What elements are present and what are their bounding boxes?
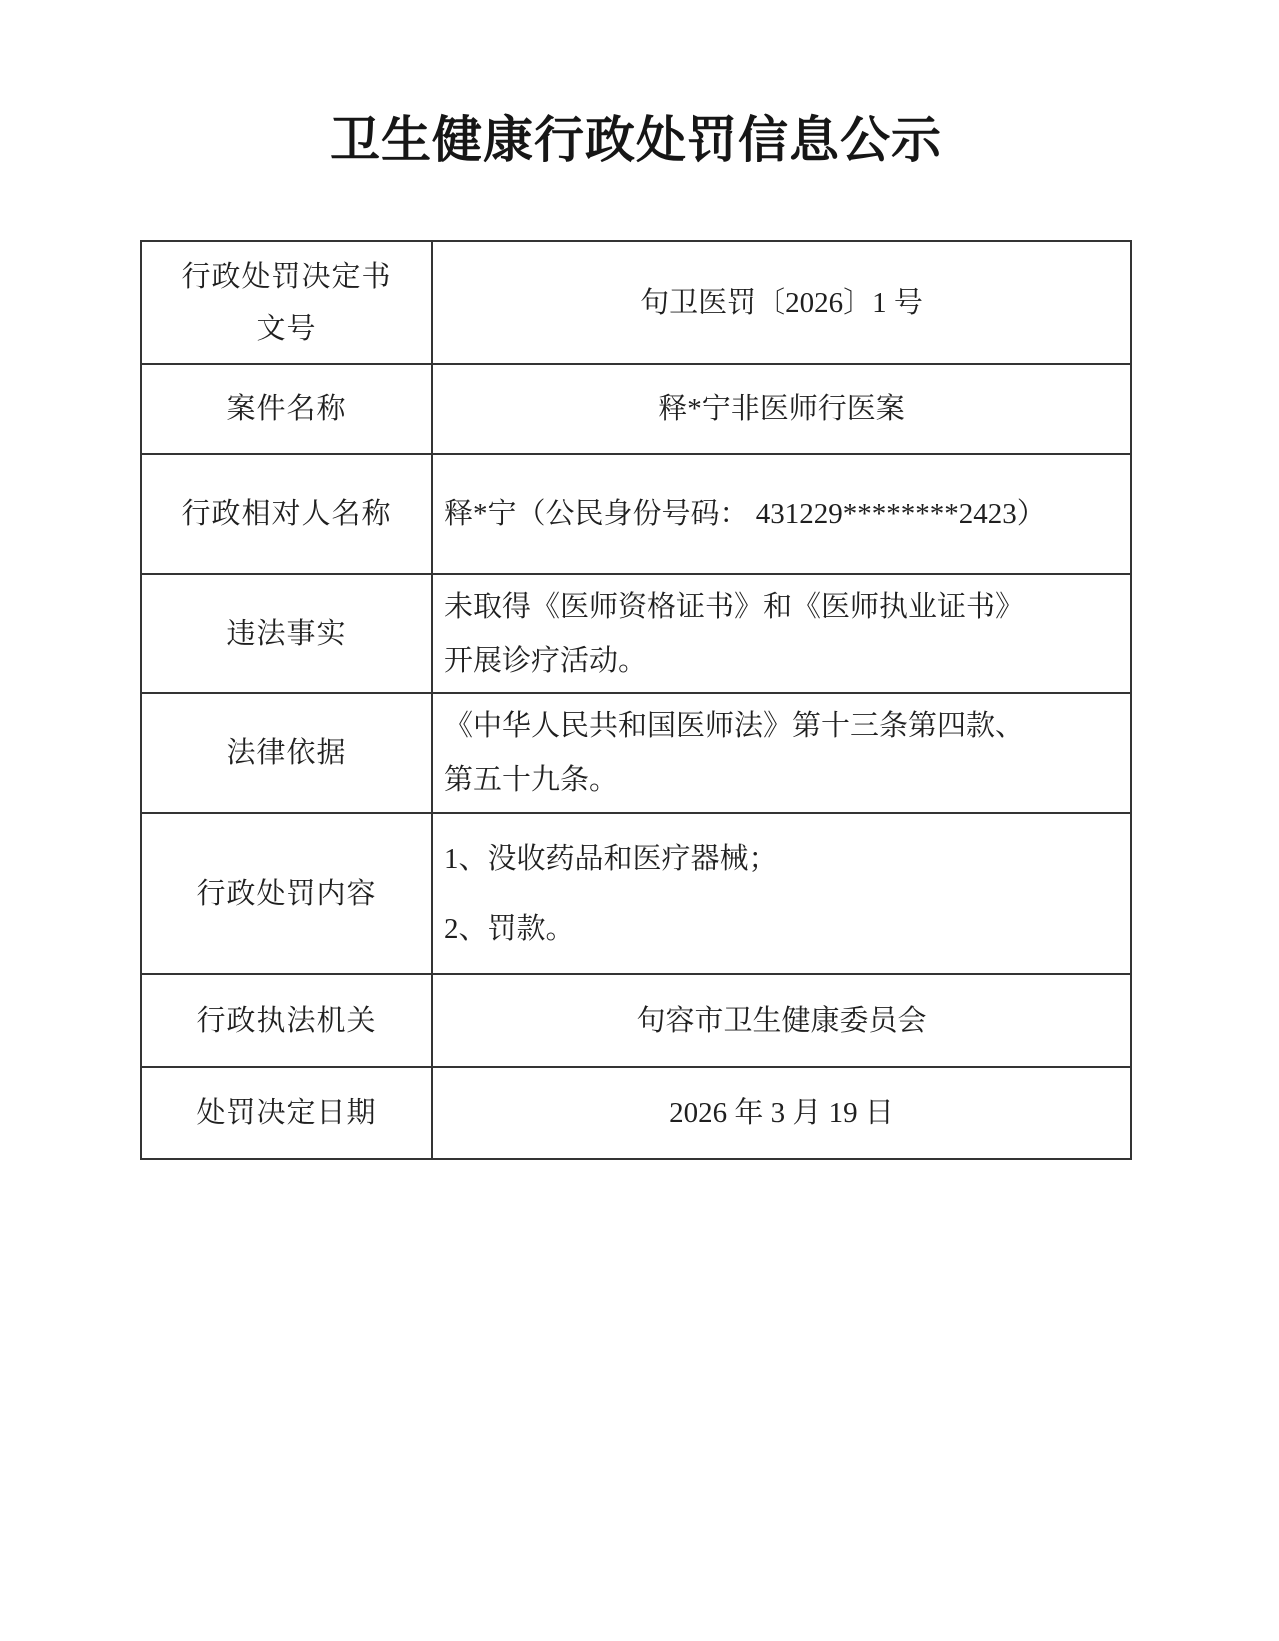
document-page: 卫生健康行政处罚信息公示 行政处罚决定书 文号 句卫医罚〔2026〕1 号 案件… <box>0 0 1279 1641</box>
label-line: 法律依据 <box>226 727 346 779</box>
value-line: 2、罚款。 <box>444 904 575 954</box>
row-label: 行政相对人名称 <box>142 455 433 573</box>
row-value: 释*宁（公民身份号码： 431229********2423） <box>433 455 1130 573</box>
value-line: 句卫医罚〔2026〕1 号 <box>640 278 923 328</box>
label-line: 处罚决定日期 <box>196 1087 376 1139</box>
label-line: 文号 <box>256 303 316 355</box>
table-row-penalty-content: 行政处罚内容 1、没收药品和医疗器械； 2、罚款。 <box>142 814 1130 975</box>
value-line: 1、没收药品和医疗器械； <box>444 834 778 884</box>
page-title: 卫生健康行政处罚信息公示 <box>140 100 1132 172</box>
row-value: 句容市卫生健康委员会 <box>433 975 1130 1066</box>
table-row-party-name: 行政相对人名称 释*宁（公民身份号码： 431229********2423） <box>142 455 1130 575</box>
row-label: 法律依据 <box>142 694 433 812</box>
label-line: 案件名称 <box>226 383 346 435</box>
row-label: 行政处罚决定书 文号 <box>142 242 433 363</box>
row-label: 行政执法机关 <box>142 975 433 1066</box>
value-line: 第五十九条。 <box>444 755 618 805</box>
value-line: 未取得《医师资格证书》和《医师执业证书》 <box>444 582 1024 632</box>
label-line: 行政处罚决定书 <box>181 251 391 303</box>
row-label: 案件名称 <box>142 365 433 453</box>
row-value: 释*宁非医师行医案 <box>433 365 1130 453</box>
table-row-decision-number: 行政处罚决定书 文号 句卫医罚〔2026〕1 号 <box>142 242 1130 365</box>
row-value: 未取得《医师资格证书》和《医师执业证书》 开展诊疗活动。 <box>433 575 1130 692</box>
label-line: 违法事实 <box>226 608 346 660</box>
table-row-legal-basis: 法律依据 《中华人民共和国医师法》第十三条第四款、 第五十九条。 <box>142 694 1130 814</box>
row-value: 2026 年 3 月 19 日 <box>433 1068 1130 1158</box>
row-label: 处罚决定日期 <box>142 1068 433 1158</box>
value-line: 2026 年 3 月 19 日 <box>669 1088 894 1138</box>
row-value: 1、没收药品和医疗器械； 2、罚款。 <box>433 814 1130 973</box>
value-line: 释*宁非医师行医案 <box>658 384 905 434</box>
value-line: 开展诊疗活动。 <box>444 636 647 686</box>
value-line: 释*宁（公民身份号码： 431229********2423） <box>444 489 1046 539</box>
label-line: 行政相对人名称 <box>181 488 391 540</box>
row-value: 《中华人民共和国医师法》第十三条第四款、 第五十九条。 <box>433 694 1130 812</box>
table-row-enforcement-agency: 行政执法机关 句容市卫生健康委员会 <box>142 975 1130 1068</box>
value-line: 句容市卫生健康委员会 <box>636 996 926 1046</box>
table-row-case-name: 案件名称 释*宁非医师行医案 <box>142 365 1130 455</box>
table-row-decision-date: 处罚决定日期 2026 年 3 月 19 日 <box>142 1068 1130 1158</box>
row-label: 行政处罚内容 <box>142 814 433 973</box>
value-line: 《中华人民共和国医师法》第十三条第四款、 <box>444 701 1024 751</box>
label-line: 行政处罚内容 <box>196 868 376 920</box>
row-label: 违法事实 <box>142 575 433 692</box>
row-value: 句卫医罚〔2026〕1 号 <box>433 242 1130 363</box>
penalty-info-table: 行政处罚决定书 文号 句卫医罚〔2026〕1 号 案件名称 释*宁非医师行医案 … <box>140 240 1132 1160</box>
label-line: 行政执法机关 <box>196 995 376 1047</box>
table-row-illegal-facts: 违法事实 未取得《医师资格证书》和《医师执业证书》 开展诊疗活动。 <box>142 575 1130 694</box>
